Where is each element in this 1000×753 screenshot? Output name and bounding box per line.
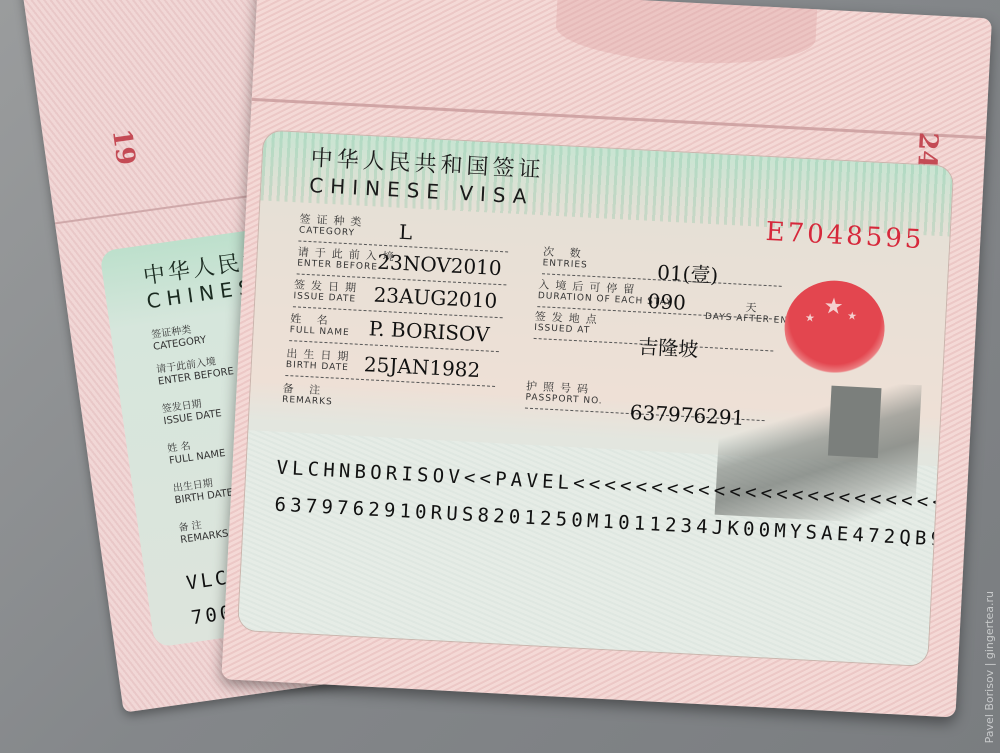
label-category: 签证种类CATEGORY xyxy=(151,323,207,354)
label-birth-date: 出生日期BIRTH DATE xyxy=(172,475,234,507)
coat-of-arms-watermark xyxy=(554,0,817,69)
national-emblem-icon: ★ ★ ★ xyxy=(782,278,887,378)
field-entries: 次 数ENTRIES xyxy=(542,245,588,271)
full-name-value: P. BORISOV xyxy=(368,316,490,346)
page-number: 24 xyxy=(911,131,943,169)
field-category: 签证种类CATEGORY xyxy=(299,213,368,241)
field-full-name: 姓 名FULL NAME xyxy=(289,312,350,339)
field-issued-at: 签发地点ISSUED AT xyxy=(534,310,603,338)
field-remarks: 备 注REMARKS xyxy=(282,382,334,409)
label-issue-date: 签发日期ISSUE DATE xyxy=(161,396,222,428)
field-issue-date: 签发日期ISSUE DATE xyxy=(293,278,362,306)
watchtower-illustration xyxy=(828,386,882,459)
front-passport: 24 中华人民共和国签证 CHINESE VISA E7048595 签证种类C… xyxy=(221,0,992,718)
duration-value: 090 xyxy=(647,289,686,315)
label-full-name: 姓 名FULL NAME xyxy=(167,436,226,468)
page-fold xyxy=(252,98,986,139)
label-enter-before: 请于此前入境ENTER BEFORE xyxy=(156,354,235,388)
field-passport-no: 护照号码PASSPORT NO. xyxy=(525,380,603,408)
field-birth-date: 出生日期BIRTH DATE xyxy=(286,347,355,375)
entries-value: 01(壹) xyxy=(657,256,719,288)
birth-date-value: 25JAN1982 xyxy=(363,352,480,382)
label-remarks: 备 注REMARKS xyxy=(178,516,229,547)
issue-date-value: 23AUG2010 xyxy=(373,283,498,313)
page-number: 19 xyxy=(106,127,141,167)
issued-at-value: 吉隆坡 xyxy=(638,330,699,362)
enter-before-value: 23NOV2010 xyxy=(377,250,502,280)
category-value: L xyxy=(398,220,413,245)
photo-credit: Pavel Borisov | gingertea.ru xyxy=(983,591,996,743)
visa-sticker: 中华人民共和国签证 CHINESE VISA E7048595 签证种类CATE… xyxy=(238,131,953,666)
